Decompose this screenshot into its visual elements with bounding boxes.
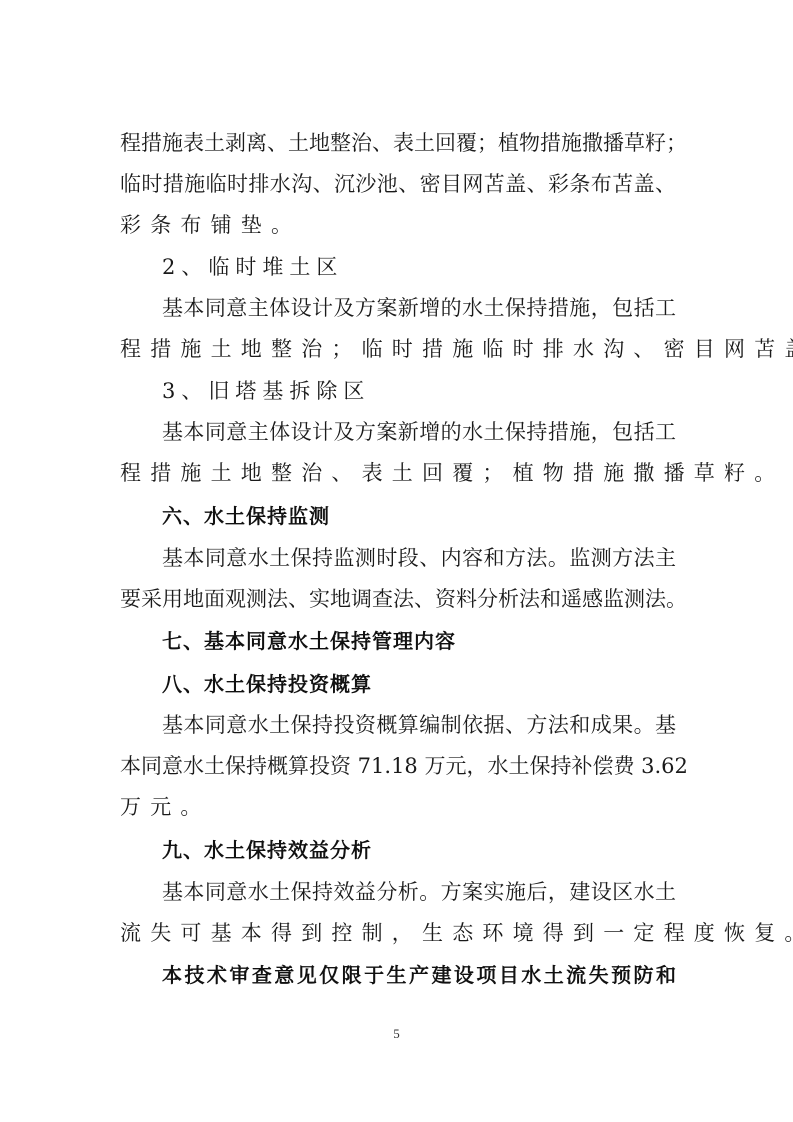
section-heading-benefit-analysis: 九、水土保持效益分析 <box>162 835 676 865</box>
document-page: 程措施表土剥离、土地整治、表土回覆；植物措施撒播草籽； 临时措施临时排水沟、沉沙… <box>0 0 793 1122</box>
body-line: 基本同意主体设计及方案新增的水土保持措施，包括工 <box>162 417 676 447</box>
body-line: 要采用地面观测法、实地调查法、资料分析法和遥感监测法。 <box>120 584 676 614</box>
page-number: 5 <box>0 1026 793 1042</box>
body-line: 基本同意主体设计及方案新增的水土保持措施，包括工 <box>162 293 676 323</box>
section-heading-monitoring: 六、水土保持监测 <box>162 501 676 531</box>
body-line: 程措施土地整治、表土回覆；植物措施撒播草籽。 <box>120 458 676 488</box>
subheading-old-tower-demolition-area: 3、旧塔基拆除区 <box>162 376 676 406</box>
subheading-temporary-soil-area: 2、临时堆土区 <box>162 252 676 282</box>
body-line: 基本同意水土保持监测时段、内容和方法。监测方法主 <box>162 543 676 573</box>
body-line: 流失可基本得到控制，生态环境得到一定程度恢复。 <box>120 918 676 948</box>
body-line: 基本同意水土保持效益分析。方案实施后，建设区水土 <box>162 877 676 907</box>
body-line-investment-figures: 本同意水土保持概算投资 71.18 万元，水土保持补偿费 3.62 <box>120 751 676 781</box>
bold-paragraph-disclaimer: 本技术审查意见仅限于生产建设项目水土流失预防和 <box>162 960 676 990</box>
body-line: 程措施土地整治；临时措施临时排水沟、密目网苫盖。 <box>120 334 676 364</box>
body-line: 临时措施临时排水沟、沉沙池、密目网苫盖、彩条布苫盖、 <box>120 169 676 199</box>
body-line: 程措施表土剥离、土地整治、表土回覆；植物措施撒播草籽； <box>120 128 676 158</box>
section-heading-investment: 八、水土保持投资概算 <box>162 669 676 699</box>
body-line: 彩条布铺垫。 <box>120 210 676 240</box>
body-line: 基本同意水土保持投资概算编制依据、方法和成果。基 <box>162 710 676 740</box>
body-line: 万元。 <box>120 792 676 822</box>
section-heading-management: 七、基本同意水土保持管理内容 <box>162 626 676 656</box>
